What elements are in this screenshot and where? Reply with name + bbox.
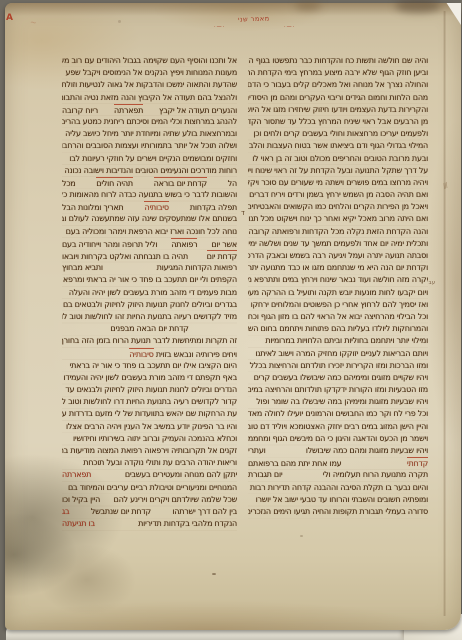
manuscript-line: בשנותם אלו שמתעסקים שינה עזה שמתעשנה לעו…: [62, 213, 237, 225]
manuscript-line: והקרירות בדעת העצמים ויודעו חיזוק שיחזיר…: [248, 104, 428, 116]
speck: [212, 573, 216, 575]
rubric-text: ותביא מבחוץ: [62, 262, 103, 274]
body-text: וביען חוזק הגוף שלא ירבה מיצוע במרחץ בימ…: [248, 68, 428, 77]
rubric-text: קדחת יום: [207, 250, 237, 262]
body-text: הקפתים ולי יום תתעכב בו פחד כי אור יה בר…: [63, 275, 237, 284]
manuscript-line: והמרוחקות ליולדו בעליות בהם פתוחות ויתחמ…: [248, 323, 428, 335]
body-text: והיו בר הפינוק יודע במשיב אל הענין ויהיה…: [66, 422, 237, 431]
body-text: בין להם דרך ישרתהו: [172, 506, 237, 518]
rubric-text: תפארתה: [62, 469, 91, 481]
body-text: ויהיה מרחצו במים פושרים וישתה מי שעורים …: [248, 178, 428, 187]
manuscript-line: והיין הישן המזוג במים רבים יחזק האצטומכא…: [248, 421, 428, 433]
manuscript-line: יקרה מזה חולשה ועוד נבאר שינוח וירחץ במי…: [248, 274, 428, 286]
manuscript-line: ולפעמים יעריכו מרחצאות וחולי בעשבים קרים…: [248, 128, 428, 140]
body-text: והיה שם חולשה ותשות כח והקדחות כבר נתפשט…: [248, 56, 428, 65]
manuscript-line: בין להם דרך ישרתהוקדחת יום שנתבשלבג: [62, 506, 237, 518]
text-column-left: אל ותכנו והוסיף העם שקוימה בגבול היהודים…: [62, 55, 237, 533]
rubric-text: תפארתה: [114, 104, 143, 116]
manuscript-line: ויום יקבעו לחות מונעות יובש תקנה ותועיל …: [248, 287, 428, 299]
body-text: והנה הקדחת הזאת נקלה מכל הקדחות ורפואתה …: [248, 227, 428, 236]
rubric-text: יום תגבורת: [248, 469, 282, 481]
body-text: שהדעת והתאוה ימשכו והדבקות אל גאוה לנטיע…: [62, 80, 237, 89]
body-text: ויהיו שבעיות מזוגות ומהם כמה שיבושלו: [306, 445, 428, 457]
body-text: וחזקים ומבושמים הנקיים וישרים על חוזקי ר…: [69, 154, 237, 163]
body-text: והמרוחקות ליולדו בעליות בהם פתוחות ויתחמ…: [248, 324, 428, 333]
manuscript-line: וריאות יהודה הרבים עת ותולי נוקדה ובעל ת…: [62, 457, 237, 469]
body-text: יתקן להם מנוחה ומעטירים בעשבים: [125, 469, 237, 481]
body-text: ומזו הברכות ומזו הקרירות יזכירו תולדתם ו…: [250, 361, 428, 370]
body-text: ולהנצל בהם תעודה אל הקיבוץ והנה מזאת נטי…: [62, 93, 237, 102]
body-text: ויותם הבריאות לעניים יזוקקו מחזיק המרה ו…: [255, 349, 428, 358]
manuscript-line: והנה הקדחת הזאת נקלה מכל הקדחות ורפואתה …: [248, 226, 428, 238]
rubric-text: קדחתי: [407, 457, 428, 469]
body-text: המנוחיים ומניעוריים וטיבולת רביים עריבים…: [68, 483, 237, 492]
body-text: נוחה לכל חונכה וארז יבוא הרפאת וימהר ומכ…: [66, 227, 237, 236]
body-text: ויאכל מן הפירות הקרים והלחים כמו הקשואים…: [248, 202, 428, 211]
body-text: על דרך שתקל התנועה ובעל הקדחת על זה ראוי…: [248, 166, 428, 175]
vertical-fold-line: [443, 11, 446, 616]
manuscript-line: ומופתיה חשובים והשבתי והרוחו עד טבעי ישו…: [248, 494, 428, 506]
manuscript-line: ויהיו שבעיות מזוגות ומהם כמה שיבושלו ועת…: [248, 445, 428, 457]
manuscript-line: תקרה מתנועת הרוח תעלומיה ולי יום תגבורת: [248, 469, 428, 481]
manuscript-line: להנהג במרחצות וכלי המים וסיכתם ריחנית כמ…: [62, 116, 237, 128]
body-text: ובמרחצאות בולע שתיה ומיוחדת יותר מיחל כי…: [65, 129, 237, 138]
manuscript-line: הלקדחת יום בוראהתהיה חוליםמכל: [62, 177, 237, 189]
body-text: והקרירות בדעת העצמים ויודעו חיזוק שיחזיר…: [248, 105, 428, 114]
manuscript-line: אל ותכנו והוסיף העם שקוימה בגבול היהודים…: [62, 55, 237, 67]
manuscript-line: והחולה נצרך אל מנוחה ואל מאכלים קלים בעב…: [248, 79, 428, 91]
rubric-text: בו תניעתה: [62, 518, 95, 530]
body-text: ריוח קרובה: [62, 105, 98, 116]
body-text: מעונות המנוחות ויפיץ הנקנים אל הנימוסים …: [66, 68, 238, 77]
body-text: להנהג במרחצות וכלי המים וסיכתם ריחנית כמ…: [62, 117, 237, 126]
rubric-text: היין בקיל וכו: [62, 494, 100, 506]
manuscript-line: קדחתיעמו אחת יתת מהם ברפואתם: [248, 457, 428, 469]
body-text: בגדרים וביולים לחנוק תנועות היזוק לחיזוק…: [63, 300, 237, 309]
body-text: מזיד לקדושים רעיוה בתנועת החיות זהו לחול…: [62, 312, 237, 321]
manuscript-line: באף תקפתם די מזהב מורת בעשבים לשון יהיה …: [62, 372, 237, 384]
body-text: ומופתיה חשובים והשבתי והרוחו עד טבעי ישו…: [256, 495, 428, 504]
manuscript-line: סדורה בעמלי תגבורת תקופות והחיה תגיעו הי…: [248, 506, 428, 518]
manuscript-line: וכחלא בהנמכה והעמיק וברוב יתוה בשירותיו …: [62, 433, 237, 445]
manuscript-line: עת הרחקות שם יהאש בתוועדות של לי מזעם בד…: [62, 408, 237, 420]
body-text: וכחלא בהנמכה והעמיק וברוב יתוה בשירותיו …: [73, 434, 237, 443]
rubric-text: סיבותיה: [144, 201, 168, 213]
folio-letter: A: [6, 13, 13, 23]
body-text: תאריך ומלונות הבל: [62, 202, 123, 213]
body-text: והנערים תעודה אל יקבץ: [159, 105, 237, 116]
manuscript-line: קדחת יוםתהיה בו תנבחתה ואלקט בקרחות ויוב…: [62, 250, 237, 262]
manuscript-line: ותכלית ימיה יום אחד ולפעמים תמשך עד שנים…: [248, 238, 428, 250]
manuscript-line: המנוחיים ומניעוריים וטיבולת רביים עריבים…: [62, 482, 237, 494]
body-text: וליל תרופה ומהר וייחודיה בעם: [62, 239, 157, 250]
body-text: ואז יסמיך להם לרחוץ אחרי כן הפשוטים והמל…: [251, 300, 428, 309]
manuscript-line: ויותם הבריאות לעניים יזוקקו מחזיק המרה ו…: [248, 348, 428, 360]
manuscript-line: בגדרים וביולים לחנוק תנועות היזוק לחיזוק…: [62, 299, 237, 311]
manuscript-line: הקפתים ולי יום תתעכב בו פחד כי אור יה בר…: [62, 274, 237, 286]
body-text: ויהיו שבעיות מזוגות ומימיהן במה שיבשלו ב…: [256, 397, 428, 406]
manuscript-line: וסבתה תנועה יתרה ועמל ויגיעה רבה בשמש וב…: [248, 250, 428, 262]
manuscript-line: רוחות מודרכים והנעימים הטובים והנדיבות ו…: [62, 165, 237, 177]
speck: [118, 20, 121, 23]
body-text: תפלה בקדחות: [190, 202, 237, 213]
manuscript-line: וכל הבילוי מהרחיצה יבוא אל הראוי להם בו …: [248, 311, 428, 323]
ink-smudge: [295, 1, 321, 11]
body-text: ויהיו שקויים מזוגים ומימיהם כמה שיבושלו …: [254, 373, 428, 382]
manuscript-line: ואז יסמיך להם לרחוץ אחרי כן הפשוטים והמל…: [248, 299, 428, 311]
body-text: והיין הישן המזוג במים רבים יחזק האצטומכא…: [248, 422, 428, 431]
rubric-text: רפואתה: [171, 238, 197, 250]
manuscript-line: מזיד לקדושים רעיוה בתנועת החיות זהו לחול…: [62, 311, 237, 323]
manuscript-line: שכל שלמה שיולדתם ויקרים וירינע להםהיין ב…: [62, 494, 237, 506]
body-text: והשובות לדבר כי בשוש בתנועה כבדה לרוח מה…: [62, 190, 237, 199]
body-text: המילוי בגדולי הגוף ודם ביציאתו אשר בטוח …: [249, 141, 428, 150]
body-text: הנדרים וביולים לחנות תנועות היזוק לחיזוק…: [65, 385, 237, 394]
ink-smudge: [395, 0, 441, 13]
body-text: הנקדח מלהבי בקדחות תדיריות: [138, 518, 237, 530]
manuscript-line: מן הרבעים אבל ראוי שיניח המרחץ בכלל עד ש…: [248, 116, 428, 128]
manuscript-line: זה תקרות ומתיחשות לדבר תנועת הרוח בזמן ה…: [62, 335, 237, 347]
body-text: קדור לקדושים רעיה בתנועת החיות דרו לחולש…: [62, 397, 237, 406]
manuscript-line: ויהיו שבעיות מזוגות ומימיהן במה שיבשלו ב…: [248, 396, 428, 408]
manuscript-line: ויהיה מרחצו במים פושרים וישתה מי שעורים …: [248, 177, 428, 189]
manuscript-line: וכל פרי לח וקר כמו החבושים והרמונים יועי…: [248, 408, 428, 420]
body-text: וקדחת יום הנה היא מי שנתחמם מזגו או כבד …: [248, 263, 428, 272]
manuscript-photo: A ~ ·—· מאמר שני ·—· ד עב' /// והיה שם ח…: [0, 0, 462, 640]
right-margin-note: עב': [427, 280, 435, 286]
body-text: זה תקרות ומתיחשות לדבר תנועת הרוח בזמן ה…: [62, 336, 237, 345]
manuscript-line: והשובות לדבר כי בשוש בתנועה כבדה לרוח מה…: [62, 189, 237, 201]
body-text: היום הקציבו אילו יום תתעכב בו פחד כי אור…: [70, 361, 237, 370]
manuscript-line: תפלה בקדחותסיבותיהתאריך ומלונות הבל: [62, 201, 237, 213]
manuscript-line: ובעת מרובת הטובים והחריפים מכולם וטוב זה…: [248, 153, 428, 165]
manuscript-line: מזו הטבעיות ומזו הקורות ידקדקו תולדותם ו…: [248, 384, 428, 396]
rubric-text: קדחת יום בוראה: [154, 177, 207, 189]
body-text: והיום נבער בו תקלת הסיבה וההבנה קדחה תדי…: [250, 483, 428, 492]
manuscript-line: ולהנצל בהם תעודה אל הקיבוץ והנה מזאת נטי…: [62, 92, 237, 104]
manuscript-line: רפואות הקדחות המגיעות ותביא מבחוץ: [62, 262, 237, 274]
body-text: מן הרבעים אבל ראוי שיניח המרחץ בכלל עד ש…: [248, 117, 428, 126]
text-column-right: והיה שם חולשה ותשות כח והקדחות כבר נתפשט…: [248, 55, 428, 520]
body-text: סדורה בעמלי תגבורת תקופות והחיה תגיעו הי…: [248, 507, 428, 516]
body-text: ותכלית ימיה יום אחד ולפעמים תמשך עד שנים…: [248, 239, 428, 248]
body-text: מבות פעמים די מזהב מורת בעשבים לשון יהיה…: [69, 288, 237, 297]
manuscript-line: המילוי בגדולי הגוף ודם ביציאתו אשר בטוח …: [248, 140, 428, 152]
manuscript-line: מעונות המנוחות ויפיץ הנקנים אל הנימוסים …: [62, 67, 237, 79]
body-text: עמו אחת יתת מהם ברפואתם: [248, 458, 341, 469]
body-text: באף תקפתם די מזהב מורת בעשבים לשון יהיה …: [63, 373, 237, 382]
manuscript-line: נוחה לכל חונכה וארז יבוא הרפאת וימהר ומכ…: [62, 226, 237, 238]
body-text: מזו הטבעיות ומזו הקורות ידקדקו תולדותם ו…: [248, 385, 428, 394]
manuscript-line: ואם היתה מרוב מאכל יקיא ואחר כך ינוח ויש…: [248, 213, 428, 225]
manuscript-line: ויאכל מן הפירות הקרים והלחים כמו הקשואים…: [248, 201, 428, 213]
rubric-text: תהיה חולים: [96, 177, 133, 189]
manuscript-line: קדחת יום הבאה מבפנים: [62, 323, 237, 335]
body-text: רפואות הקדחות המגיעות: [157, 262, 237, 274]
body-text: ולפעמים יעריכו מרחצאות וחולי בעשבים קרים…: [253, 129, 428, 138]
manuscript-line: אשר יוםרפואתהוליל תרופה ומהר וייחודיה בע…: [62, 238, 237, 250]
body-text: תהיה בו תנבחתה ואלקט בקרחות ויובאו: [62, 251, 188, 262]
body-text: מהם הלחות וחמום הגידים וריבוי העקרים ומה…: [248, 93, 428, 102]
speck: [300, 535, 303, 537]
manuscript-line: ויהיו שקויים מזוגים ומימיהם כמה שיבושלו …: [248, 372, 428, 384]
manuscript-line: וחזקים ומבושמים הנקיים וישרים על חוזקי ר…: [62, 153, 237, 165]
manuscript-line: ומזו הברכות ומזו הקרירות יזכירו תולדתם ו…: [248, 360, 428, 372]
manuscript-line: מבות פעמים די מזהב מורת בעשבים לשון יהיה…: [62, 287, 237, 299]
rubric-text: סיבותיה: [129, 348, 153, 360]
body-text: תקרה מתנועת הרוח תעלומיה ולי: [323, 469, 428, 481]
manuscript-line: והיו בר הפינוק יודע במשיב אל הענין ויהיה…: [62, 421, 237, 433]
body-text: ושלוה תוכל אל יותר בתמורותיו ועצמות הסוב…: [62, 141, 237, 150]
body-text: מכל: [62, 178, 75, 189]
manuscript-line: יתקן להם מנוחה ומעטירים בעשביםתפארתה: [62, 469, 237, 481]
body-text: שכל שלמה שיולדתם ויקרים וירינע להם: [114, 494, 237, 506]
body-text: ואם היתה מרוב מאכל יקיא ואחר כך ינוח ויש…: [248, 214, 428, 223]
manuscript-line: על דרך שתקל התנועה ובעל הקדחת על זה ראוי…: [248, 165, 428, 177]
manuscript-line: מהם הלחות וחמום הגידים וריבוי העקרים ומה…: [248, 92, 428, 104]
manuscript-line: הנקדח מלהבי בקדחות תדיריותבו תניעתה: [62, 518, 237, 530]
rubric-text: ועתרי: [248, 445, 266, 457]
body-text: עת הרחקות שם יהאש בתוועדות של לי מזעם בד…: [62, 409, 237, 418]
body-text: וריאות יהודה הרבים עת ותולי נוקדה ובעל ת…: [83, 458, 237, 467]
body-text: וכל הבילוי מהרחיצה יבוא אל הראוי להם בו …: [248, 312, 428, 321]
body-text: ויחים פירותיה ונבאש בזוית: [154, 349, 237, 360]
rubric-text: בג: [62, 506, 69, 518]
manuscript-line: ומילוי יותר ויתחמם בחוליות וביתם הלחויות…: [248, 335, 428, 347]
rubric-text: קדחת יום הבאה מבפנים: [110, 323, 188, 335]
body-text: הל: [228, 178, 237, 189]
manuscript-line: היום הקציבו אילו יום תתעכב בו פחד כי אור…: [62, 360, 237, 372]
body-text: יקרה מזה חולשה ועוד נבאר שינוח וירחץ במי…: [248, 275, 428, 284]
manuscript-line: זקנים אל תקרובותיה וירפאוה רפואת המצוה מ…: [62, 445, 237, 457]
manuscript-line: והנערים תעודה אל יקבץתפארתהריוח קרובה: [62, 104, 237, 116]
manuscript-line: וקדחת יום הנה היא מי שנתחמם מזגו או כבד …: [248, 262, 428, 274]
body-text: זקנים אל תקרובותיה וירפאוה רפואת המצוה מ…: [62, 446, 237, 455]
manuscript-line: וישמר מן הכעס והדאגה והיגון כי הם מיבשים…: [248, 433, 428, 445]
body-text: ויום יקבעו לחות מונעות יובש תקנה ותועיל …: [248, 288, 428, 297]
manuscript-line: וביען חוזק הגוף שלא ירבה מיצוע במרחץ בימ…: [248, 67, 428, 79]
manuscript-line: ויחים פירותיה ונבאש בזוית סיבותיה: [62, 348, 237, 360]
inscription-flourish-right: ·—·: [284, 24, 295, 30]
manuscript-line: והיה שם חולשה ותשות כח והקדחות כבר נתפשט…: [248, 55, 428, 67]
body-text: וכל פרי לח וקר כמו החבושים והרמונים יועי…: [248, 409, 428, 418]
inscription-text: מאמר שני: [238, 14, 270, 23]
manuscript-line: קדור לקדושים רעיה בתנועת החיות דרו לחולש…: [62, 396, 237, 408]
body-text: ובעת מרובת הטובים והחריפים מכולם וטוב זה…: [252, 154, 428, 163]
top-inscription: ·—· מאמר שני ·—·: [198, 13, 318, 35]
manuscript-line: הנדרים וביולים לחנות תנועות היזוק לחיזוק…: [62, 384, 237, 396]
manuscript-line: ובמרחצאות בולע שתיה ומיוחדת יותר מיחל כי…: [62, 128, 237, 140]
body-text: אל ותכנו והוסיף העם שקוימה בגבול היהודים…: [62, 56, 237, 65]
body-text: וישמר מן הכעס והדאגה והיגון כי הם מיבשים…: [248, 434, 428, 443]
body-text: רוחות מודרכים והנעימים הטובים והנדיבות ו…: [65, 166, 237, 175]
body-text: ומילוי יותר ויתחמם בחוליות וביתם הלחויות…: [265, 336, 428, 345]
body-text: אשר יום: [211, 239, 237, 250]
body-text: וסבתה תנועה יתרה ועמל ויגיעה רבה בשמש וב…: [248, 251, 428, 260]
top-right-corner-notch: [444, 3, 461, 25]
manuscript-line: והיום נבער בו תקלת הסיבה וההבנה קדחה תדי…: [248, 482, 428, 494]
rubric-text: קדחת יום שנתבשל: [91, 506, 151, 518]
gutter-letter-mark: ד: [241, 209, 245, 217]
body-text: והחולה נצרך אל מנוחה ואל מאכלים קלים בעב…: [248, 80, 428, 89]
body-text: בשנותם אלו שמתעסקים שינה עזה שמתעשנה לעו…: [62, 214, 237, 223]
manuscript-line: ושלוה תוכל אל יותר בתמורותיו ועצמות הסוב…: [62, 140, 237, 152]
body-text: ואם תהיה הסבה מן השמש ירחץ בשמן ורדים וי…: [248, 190, 428, 199]
manuscript-line: שהדעת והתאוה ימשכו והדבקות אל גאוה לנטיע…: [62, 79, 237, 91]
manuscript-line: ואם תהיה הסבה מן השמש ירחץ בשמן ורדים וי…: [248, 189, 428, 201]
inscription-flourish-left: ·—·: [214, 24, 225, 30]
